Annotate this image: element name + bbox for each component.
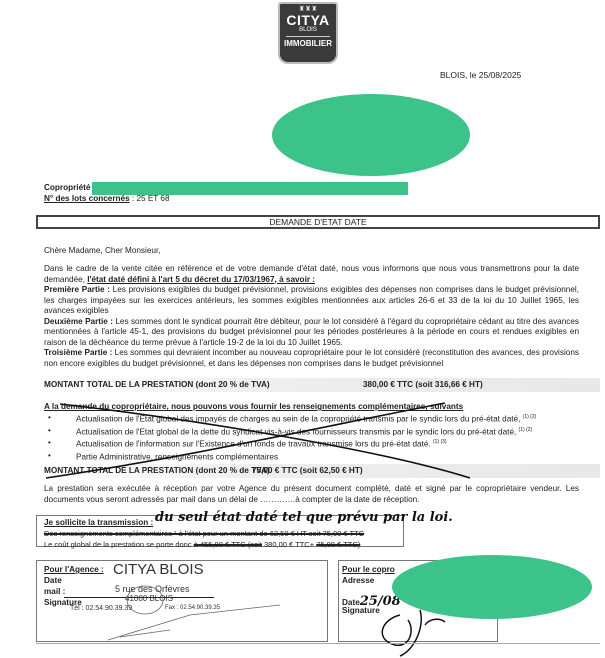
agency-heading: Pour l'Agence :: [44, 564, 104, 575]
redaction-owner: [392, 555, 592, 619]
owner-address-label: Adresse: [342, 575, 395, 586]
agency-date-label: Date: [44, 575, 104, 586]
footer-divider: [36, 643, 600, 644]
global-cost-line: Le coût global de la prestation se porte…: [44, 540, 360, 549]
struck-complements-line: Des renseignements complémentaires ¹ à l…: [44, 529, 364, 538]
agency-signature-icon: [100, 585, 300, 645]
agency-labels: Pour l'Agence : Date mail : Signature: [44, 564, 104, 608]
owner-labels: Pour le copro Adresse: [342, 564, 395, 586]
request-label-line: Je sollicite la transmission :: [44, 518, 153, 527]
execution-paragraph: La prestation sera exécutée à réception …: [44, 484, 579, 505]
agency-mail-label: mail :: [44, 586, 104, 597]
stamp-name: CITYA BLOIS: [113, 561, 204, 578]
handwritten-request: du seul état daté tel que prévu par la l…: [155, 510, 453, 525]
owner-heading: Pour le copro: [342, 564, 395, 575]
request-label: Je sollicite la transmission :: [44, 518, 153, 527]
